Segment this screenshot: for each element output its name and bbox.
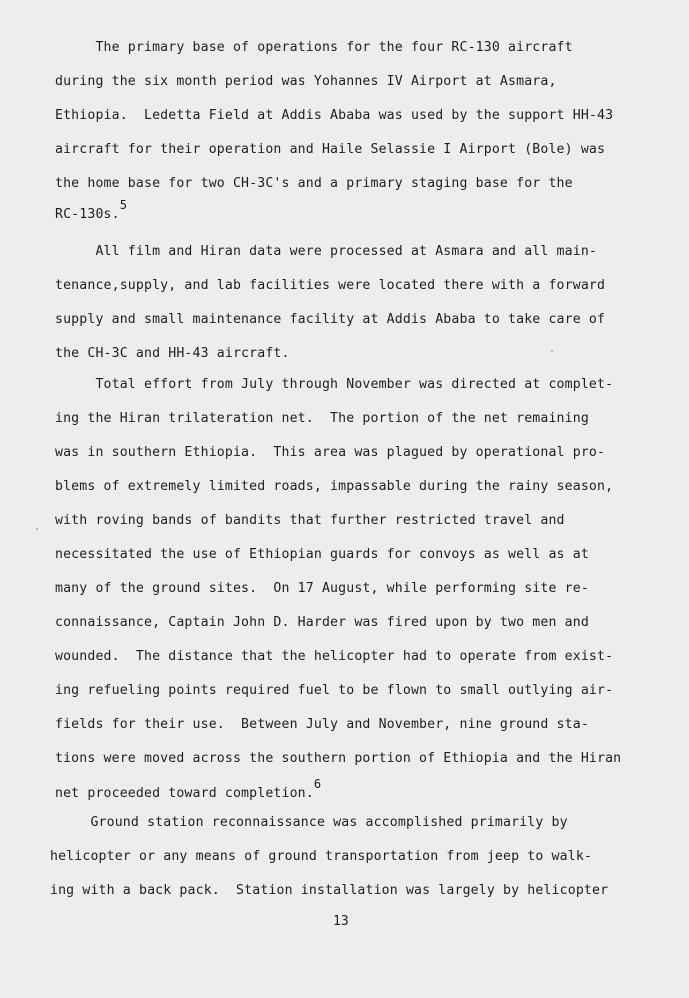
text-line: tenance,supply, and lab facilities were … xyxy=(55,278,605,294)
text-line: The primary base of operations for the f… xyxy=(55,40,573,56)
text-line: supply and small maintenance facility at… xyxy=(55,312,605,328)
text-line: ing the Hiran trilateration net. The por… xyxy=(55,411,589,427)
text-line: Total effort from July through November … xyxy=(55,377,613,393)
text-line: Ground station reconnaissance was accomp… xyxy=(50,815,568,831)
text-line: net proceeded toward completion.6 xyxy=(55,785,321,802)
page-number: 13 xyxy=(333,914,349,929)
text-line: All film and Hiran data were processed a… xyxy=(55,244,597,260)
text-line: during the six month period was Yohannes… xyxy=(55,74,557,90)
text-line: necessitated the use of Ethiopian guards… xyxy=(55,547,589,563)
text-line: many of the ground sites. On 17 August, … xyxy=(55,581,589,597)
text-line: ing with a back pack. Station installati… xyxy=(50,883,608,899)
text-line: the home base for two CH-3C's and a prim… xyxy=(55,176,573,192)
text-line: RC-130s.5 xyxy=(55,206,127,223)
text-line: helicopter or any means of ground transp… xyxy=(50,849,592,865)
text-line: tions were moved across the southern por… xyxy=(55,751,621,767)
scan-speck xyxy=(36,528,38,530)
document-page: The primary base of operations for the f… xyxy=(0,0,689,998)
text-line: was in southern Ethiopia. This area was … xyxy=(55,445,605,461)
text-line: connaissance, Captain John D. Harder was… xyxy=(55,615,589,631)
footnote-marker: 6 xyxy=(314,777,321,791)
footnote-marker: 5 xyxy=(120,198,127,212)
text-line: with roving bands of bandits that furthe… xyxy=(55,513,565,529)
text-line: blems of extremely limited roads, impass… xyxy=(55,479,613,495)
text-line: aircraft for their operation and Haile S… xyxy=(55,142,605,158)
text-line: wounded. The distance that the helicopte… xyxy=(55,649,613,665)
text-line: Ethiopia. Ledetta Field at Addis Ababa w… xyxy=(55,108,613,124)
text-line: ing refueling points required fuel to be… xyxy=(55,683,613,699)
text-line: the CH-3C and HH-43 aircraft. xyxy=(55,346,290,362)
scan-speck xyxy=(551,350,553,352)
text-line: fields for their use. Between July and N… xyxy=(55,717,589,733)
